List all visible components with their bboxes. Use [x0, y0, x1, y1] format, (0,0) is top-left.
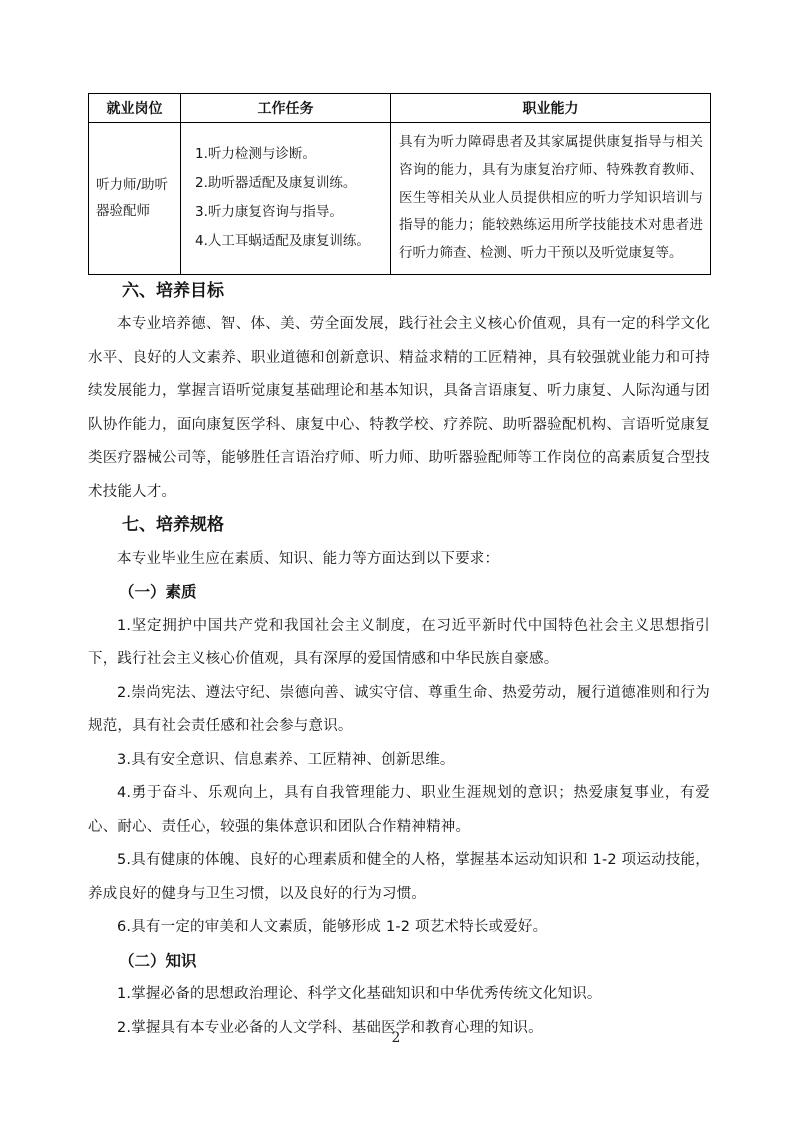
sub-heading-knowledge: （二）知识	[88, 945, 710, 979]
page-number: 2	[0, 1030, 792, 1046]
table-cell-tasks: 1.听力检测与诊断。 2.助听器适配及康复训练。 3.听力康复咨询与指导。 4.…	[181, 123, 391, 275]
table-row: 听力师/助听器验配师 1.听力检测与诊断。 2.助听器适配及康复训练。 3.听力…	[89, 123, 711, 275]
positions-table: 就业岗位 工作任务 职业能力 听力师/助听器验配师 1.听力检测与诊断。 2.助…	[88, 93, 711, 275]
table-cell-ability: 具有为听力障碍患者及其家属提供康复指导与相关咨询的能力，具有为康复治疗师、特殊教…	[391, 123, 711, 275]
table-header-tasks: 工作任务	[181, 94, 391, 123]
section-heading-training-spec: 七、培养规格	[88, 509, 710, 543]
quality-item: 5.具有健康的体魄、良好的心理素质和健全的人格，掌握基本运动知识和 1-2 项运…	[88, 844, 710, 911]
training-spec-intro: 本专业毕业生应在素质、知识、能力等方面达到以下要求：	[88, 543, 710, 577]
task-item: 2.助听器适配及康复训练。	[195, 169, 386, 198]
table-header-position: 就业岗位	[89, 94, 181, 123]
quality-item: 6.具有一定的审美和人文素质，能够形成 1-2 项艺术特长或爱好。	[88, 911, 710, 945]
section-heading-training-goal: 六、培养目标	[88, 275, 710, 309]
table-header-row: 就业岗位 工作任务 职业能力	[89, 94, 711, 123]
task-item: 4.人工耳蜗适配及康复训练。	[195, 227, 386, 256]
document-page: 就业岗位 工作任务 职业能力 听力师/助听器验配师 1.听力检测与诊断。 2.助…	[0, 0, 792, 1121]
quality-item: 2.崇尚宪法、遵法守纪、崇德向善、诚实守信、尊重生命、热爱劳动，履行道德准则和行…	[88, 677, 710, 744]
sub-heading-quality: （一）素质	[88, 576, 710, 610]
task-item: 3.听力康复咨询与指导。	[195, 198, 386, 227]
table-header-ability: 职业能力	[391, 94, 711, 123]
table-cell-position: 听力师/助听器验配师	[89, 123, 181, 275]
training-goal-paragraph: 本专业培养德、智、体、美、劳全面发展，践行社会主义核心价值观，具有一定的科学文化…	[88, 308, 710, 509]
quality-item: 4.勇于奋斗、乐观向上，具有自我管理能力、职业生涯规划的意识；热爱康复事业，有爱…	[88, 777, 710, 844]
task-item: 1.听力检测与诊断。	[195, 140, 386, 169]
document-content: 就业岗位 工作任务 职业能力 听力师/助听器验配师 1.听力检测与诊断。 2.助…	[88, 93, 710, 1045]
quality-item: 3.具有安全意识、信息素养、工匠精神、创新思维。	[88, 744, 710, 778]
knowledge-item: 1.掌握必备的思想政治理论、科学文化基础知识和中华优秀传统文化知识。	[88, 978, 710, 1012]
quality-item: 1.坚定拥护中国共产党和我国社会主义制度，在习近平新时代中国特色社会主义思想指引…	[88, 610, 710, 677]
